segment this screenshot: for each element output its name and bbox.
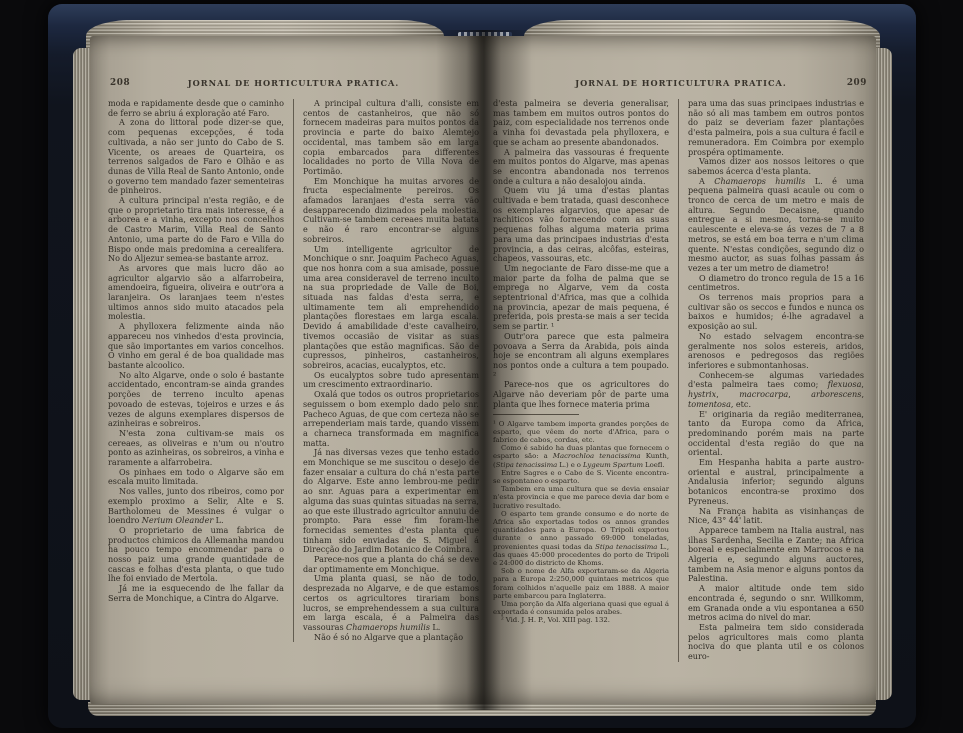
paragraph: No alto Algarve, onde o solo é bastante … — [108, 371, 284, 429]
right-page-header: JORNAL DE HORTICULTURA PRATICA. 209 — [493, 76, 869, 96]
book-scan-photo: 208 JORNAL DE HORTICULTURA PRATICA. moda… — [0, 0, 963, 733]
paragraph: Sob o nome de Alfa exportaram-se da Alge… — [493, 567, 669, 600]
paragraph: A Chamaerops humilis L. é uma pequena pa… — [688, 177, 864, 274]
paragraph: Os pinhaes em todo o Algarve são em esca… — [108, 468, 284, 487]
left-page-header: 208 JORNAL DE HORTICULTURA PRATICA. — [108, 76, 479, 96]
paragraph: moda e rapidamente desde que o caminho d… — [108, 99, 284, 118]
paragraph: Os terrenos mais proprios para a cultiva… — [688, 293, 864, 332]
paragraph: Já nas diversas vezes que tenho estado e… — [303, 448, 479, 555]
right-column-1-main: d'esta palmeira se deveria generalisar, … — [493, 99, 669, 410]
paragraph: Em Hespanha habita a parte austro-orient… — [688, 458, 864, 507]
paragraph: Um negociante de Faro disse-me que a mai… — [493, 264, 669, 332]
paragraph: Um intelligente agricultor de Monchique … — [303, 245, 479, 371]
right-page-column-2: para uma das suas principaes industrias … — [678, 99, 864, 662]
footnote-separator — [493, 414, 579, 415]
paragraph: Já me ia esquecendo de lhe fallar da Ser… — [108, 584, 284, 603]
paragraph: d'esta palmeira se deveria generalisar, … — [493, 99, 669, 148]
paragraph: Tambem era uma cultura que se devia ensa… — [493, 485, 669, 510]
paragraph: A maior altitude onde tem sido encontrad… — [688, 584, 864, 623]
paragraph: Parece-nos que os agricultores do Algarv… — [493, 380, 669, 409]
footnotes-block: ¹ O Algarve tambem importa grandes porçõ… — [493, 420, 669, 625]
page-number: 209 — [847, 78, 867, 88]
right-page-column-1: d'esta palmeira se deveria generalisar, … — [493, 99, 669, 662]
left-page-column-1: moda e rapidamente desde que o caminho d… — [108, 99, 284, 642]
left-page-content: 208 JORNAL DE HORTICULTURA PRATICA. moda… — [108, 76, 479, 642]
right-page-content: JORNAL DE HORTICULTURA PRATICA. 209 d'es… — [493, 76, 869, 662]
left-page-columns: moda e rapidamente desde que o caminho d… — [108, 99, 479, 642]
paragraph: ² Vid. J. H. P., Vol. XIII pag. 132. — [493, 616, 669, 624]
paragraph: As arvores que mais lucro dão ao agricul… — [108, 264, 284, 322]
paragraph: Uma planta quasi, se não de todo, despre… — [303, 574, 479, 632]
paragraph: Parece-nos que a planta do chá se deve d… — [303, 555, 479, 574]
paragraph: ¹ O Algarve tambem importa grandes porçõ… — [493, 420, 669, 445]
paragraph: Quem viu já uma d'estas plantas cultivad… — [493, 186, 669, 264]
paragraph: Na França habita as visinhanças de Nice,… — [688, 507, 864, 526]
paragraph: A zona do littoral pode dizer-se que, co… — [108, 118, 284, 196]
running-title: JORNAL DE HORTICULTURA PRATICA. — [108, 78, 479, 88]
paragraph: Como é sabido ha duas plantas que fornec… — [493, 444, 669, 469]
paragraph: O proprietario de uma fabrica de product… — [108, 526, 284, 584]
page-edges-bottom — [88, 702, 876, 716]
paragraph: A palmeira das vassouras é frequente em … — [493, 148, 669, 187]
paragraph: Conhecem-se algumas variedades d'esta pa… — [688, 371, 864, 410]
paragraph: N'esta zona cultivam-se mais os cereaes,… — [108, 429, 284, 468]
page-edges-right — [875, 48, 892, 700]
paragraph: Apparece tambem na Italia austral, nas i… — [688, 526, 864, 584]
paragraph: Em Monchique ha muitas arvores de fructa… — [303, 177, 479, 245]
paragraph: A cultura principal n'esta região, e de … — [108, 196, 284, 264]
paragraph: Outr'ora parece que esta palmeira povoav… — [493, 332, 669, 381]
paragraph: O diametro do tronco regula de 15 a 16 c… — [688, 274, 864, 293]
right-page-columns: d'esta palmeira se deveria generalisar, … — [493, 99, 869, 662]
paragraph: para uma das suas principaes industrias … — [688, 99, 864, 157]
paragraph: O esparto tem grande consumo e do norte … — [493, 510, 669, 567]
paragraph: Os eucalyptos sobre tudo apresentam um c… — [303, 371, 479, 390]
paragraph: Esta palmeira tem sido considerada pelos… — [688, 623, 864, 662]
paragraph: Nos valles, junto dos ribeiros, como por… — [108, 487, 284, 526]
paragraph: E' originaria da região mediterranea, ta… — [688, 410, 864, 459]
paragraph: No estado selvagem encontra-se geralment… — [688, 332, 864, 371]
paragraph: A principal cultura d'alli, consiste em … — [303, 99, 479, 177]
paragraph: Oxalá que todos os outros proprietarios … — [303, 390, 479, 448]
running-title: JORNAL DE HORTICULTURA PRATICA. — [493, 78, 869, 88]
paragraph: A phylloxera felizmente ainda não appare… — [108, 322, 284, 371]
paragraph: Vamos dizer aos nossos leitores o que sa… — [688, 157, 864, 176]
page-edges-left — [73, 48, 90, 700]
paragraph: Não é só no Algarve que a plantação — [303, 633, 479, 643]
paragraph: Uma porção da Alfa algeriana quasi que e… — [493, 600, 669, 616]
paragraph: Entre Sagres e o Cabo de S. Vicente enco… — [493, 469, 669, 485]
left-page-column-2: A principal cultura d'alli, consiste em … — [293, 99, 479, 642]
